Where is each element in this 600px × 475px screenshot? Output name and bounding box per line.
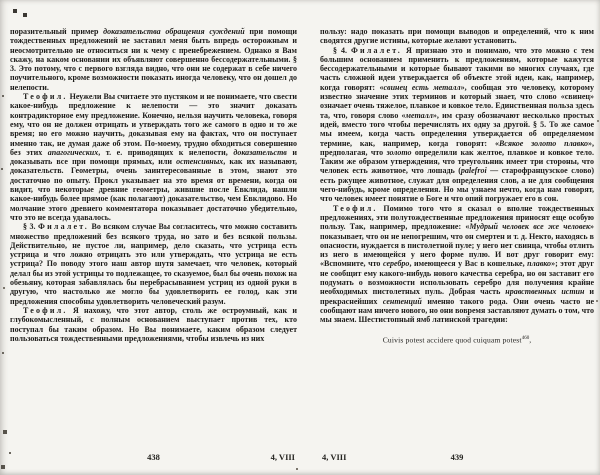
text-segment: остенсивных xyxy=(176,157,223,166)
latin-verse: Cuivis potest accidere quod cuiquam pote… xyxy=(320,334,594,345)
text-segment: серебро xyxy=(383,259,409,268)
page-438: поразительный пример доказательства обра… xyxy=(10,0,297,475)
page-439-text: пользу: надо показать при помощи выводов… xyxy=(320,0,594,439)
text-segment: palefroi xyxy=(461,166,487,175)
text-segment: нравственных истин xyxy=(505,287,584,296)
paragraph: § 3. Филалет. Во всяком случае Вы соглас… xyxy=(10,222,297,306)
chapter-marker: 4, VIII xyxy=(271,452,295,462)
text-segment: сентенций xyxy=(383,297,422,306)
page-438-footer: 438 4, VIII xyxy=(10,452,297,463)
text-segment: Всякое золото плавко xyxy=(499,139,588,148)
speaker-name: Филалет. xyxy=(351,46,402,55)
page-number: 439 xyxy=(320,452,594,462)
text-segment: , как их называют, доказательств. Геомет… xyxy=(10,157,297,222)
text-segment: Во всяком случае Вы согласитесь, что мож… xyxy=(10,222,297,305)
text-segment: поразительный пример xyxy=(10,27,103,36)
text-segment: пользу: надо показать при помощи выводов… xyxy=(320,27,594,45)
text-segment: свинец есть металл xyxy=(383,83,460,92)
speaker-name: Филалет. xyxy=(38,222,89,231)
text-segment: металл xyxy=(406,111,433,120)
paragraph: пользу: надо показать при помощи выводов… xyxy=(320,27,594,46)
page-439-footer: 4, VIII 439 xyxy=(320,452,594,463)
scan-specks xyxy=(0,0,2,2)
paragraph: поразительный пример доказательства обра… xyxy=(10,27,297,92)
page-number: 438 xyxy=(10,452,297,462)
text-segment: апагогических xyxy=(48,148,99,157)
text-segment: плавко xyxy=(527,259,551,268)
text-segment: золото xyxy=(386,148,411,157)
speaker-name: Теофил. xyxy=(23,92,68,101)
page-438-text: поразительный пример доказательства обра… xyxy=(10,0,297,439)
text-segment: , т. е. приводящих к нелепости, xyxy=(98,148,233,157)
paragraph: Теофил. Неужели Вы считаете это пустяком… xyxy=(10,92,297,222)
text-segment: Мудрый человек все же человек xyxy=(469,222,590,231)
paragraph: § 4. Филалет. Я признаю это и понимаю, ч… xyxy=(320,46,594,204)
speaker-name: Теофил. xyxy=(23,306,68,315)
paragraph: Теофил. Я нахожу, что этот автор, столь … xyxy=(10,306,297,343)
text-segment: § 3. xyxy=(23,222,38,231)
text-segment: § 4. xyxy=(333,46,351,55)
text-segment: доказательств xyxy=(233,148,287,157)
text-segment: , имеющееся у Вас в кошельке, xyxy=(409,259,527,268)
text-segment: при помощи тождественных предложений не … xyxy=(10,27,297,92)
speaker-name: Теофил. xyxy=(333,204,378,213)
page-439: пользу: надо показать при помощи выводов… xyxy=(320,0,594,475)
text-segment: Cuivis potest accidere quod cuiquam pote… xyxy=(383,335,522,344)
paragraph: Теофил. Помимо того что я сказал о вполн… xyxy=(320,204,594,325)
book-spread: поразительный пример доказательства обра… xyxy=(0,0,600,475)
text-segment: доказательства обращения суждений xyxy=(103,27,245,36)
text-segment: , xyxy=(529,335,531,344)
